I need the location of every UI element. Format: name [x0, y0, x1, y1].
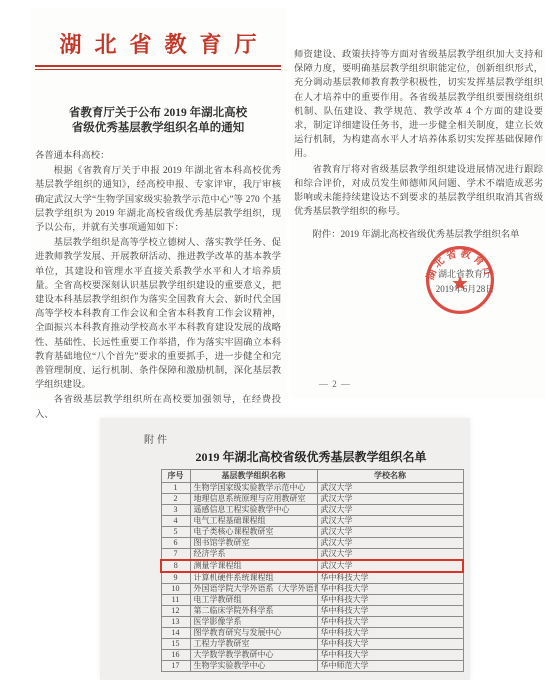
org-name: 医学影像学系: [190, 617, 317, 628]
paragraph: 师资建设、政策扶持等方面对省级基层教学组织加大支持和保障力度，要明确基层教学组织…: [294, 48, 543, 162]
paragraph: 根据《省教育厅关于申报 2019 年湖北省本科高校优秀基层教学组织的通知》，经高…: [35, 164, 281, 235]
attachment-content: 2019 年湖北高校省级优秀基层教学组织名单 序号 基层教学组织名称 学校名称 …: [160, 448, 462, 672]
row-no: 5: [161, 527, 190, 538]
org-table: 序号 基层教学组织名称 学校名称 1生物学国家级实验教学示范中心武汉大学2地理信…: [160, 469, 464, 672]
row-no: 2: [161, 494, 190, 505]
school-name: 武汉大学: [317, 516, 463, 527]
paragraph: 基层教学组织是高等学校立德树人、落实教学任务、促进教师教学发展、开展教研活动、推…: [35, 236, 281, 392]
org-name: 电子类核心课程教研室: [190, 527, 317, 538]
table-row: 3遥感信息工程实验教学中心武汉大学: [161, 505, 463, 516]
header-org-name: 基层教学组织名称: [190, 470, 317, 483]
school-name: 华中科技大学: [317, 584, 463, 595]
attachment-label: 附件: [144, 431, 170, 446]
table-row: 10外国语学院大学外语系（大学外语课部）华中科技大学: [161, 584, 463, 595]
org-name: 计算机硬件系统课程组: [190, 572, 317, 584]
org-name: 遥感信息工程实验教学中心: [190, 505, 317, 516]
attachment-reference: 附件：2019 年湖北高校省级优秀基层教学组织名单: [294, 228, 543, 242]
school-name: 华中科技大学: [317, 606, 463, 617]
row-no: 8: [161, 560, 190, 572]
row-no: 3: [161, 505, 190, 516]
row-no: 17: [161, 661, 190, 672]
paragraph: 省教育厅将对省级基层教学组织建设进展情况进行跟踪和综合评价，对成员发生师德师风问…: [294, 163, 543, 220]
header-school-name: 学校名称: [317, 470, 463, 483]
row-no: 11: [161, 595, 190, 606]
header-no: 序号: [161, 470, 190, 483]
row-no: 7: [161, 549, 190, 561]
school-name: 武汉大学: [317, 527, 463, 538]
table-title: 2019 年湖北高校省级优秀基层教学组织名单: [160, 448, 462, 465]
row-no: 12: [161, 606, 190, 617]
scanned-notice-composite: 湖北省教育厅 省教育厅关于公布 2019 年湖北高校 省级优秀基层教学组织名单的…: [0, 0, 551, 680]
table-row: 5电子类核心课程教研室武汉大学: [161, 527, 463, 538]
masthead-rule: [35, 65, 281, 70]
table-row: 12第二临床学院外科学系华中科技大学: [161, 606, 463, 617]
table-row: 2地理信息系统原理与应用教研室武汉大学: [161, 494, 463, 505]
school-name: 华中科技大学: [317, 617, 463, 628]
agency-masthead: 湖北省教育厅: [35, 28, 281, 59]
row-no: 9: [161, 572, 190, 584]
table-row: 7经济学系武汉大学: [161, 549, 463, 561]
table-row: 11电工学教研组华中科技大学: [161, 595, 463, 606]
org-name: 电气工程基础课程组: [190, 516, 317, 527]
table-row: 8测量学课程组武汉大学: [161, 560, 463, 572]
school-name: 武汉大学: [317, 483, 463, 494]
notice-title-line2: 省级优秀基层教学组织名单的通知: [35, 121, 281, 136]
table-row: 13医学影像学系华中科技大学: [161, 617, 463, 628]
school-name: 武汉大学: [317, 538, 463, 549]
issue-date: 2019年6月28日: [425, 282, 505, 297]
school-name: 华中科技大学: [317, 572, 463, 584]
table-row: 1生物学国家级实验教学示范中心武汉大学: [161, 483, 463, 494]
notice-page-2: 师资建设、政策扶持等方面对省级基层教学组织加大支持和保障力度，要明确基层教学组织…: [291, 48, 546, 398]
table-row: 14图学教育研究与发展中心华中科技大学: [161, 628, 463, 639]
table-row: 15工程力学教研室华中科技大学: [161, 639, 463, 650]
org-name: 工程力学教研室: [190, 639, 317, 650]
issuer-name: 湖北省教育厅: [425, 267, 505, 282]
table-row: 6图书馆学教研室武汉大学: [161, 538, 463, 549]
attachment-page: 附件 2019 年湖北高校省级优秀基层教学组织名单 序号 基层教学组织名称 学校…: [100, 418, 470, 680]
school-name: 武汉大学: [317, 494, 463, 505]
org-name: 测量学课程组: [190, 560, 317, 572]
row-no: 6: [161, 538, 190, 549]
notice-title: 省教育厅关于公布 2019 年湖北高校 省级优秀基层教学组织名单的通知: [35, 106, 281, 136]
school-name: 武汉大学: [317, 505, 463, 516]
page-number: — 2 —: [305, 379, 365, 389]
org-name: 第二临床学院外科学系: [190, 606, 317, 617]
org-name: 电工学教研组: [190, 595, 317, 606]
row-no: 14: [161, 628, 190, 639]
table-row: 9计算机硬件系统课程组华中科技大学: [161, 572, 463, 584]
school-name: 武汉大学: [317, 560, 463, 572]
signature-block: 湖北省教育厅 2019年6月28日: [425, 267, 505, 297]
org-name: 经济学系: [190, 549, 317, 561]
row-no: 1: [161, 483, 190, 494]
school-name: 华中科技大学: [317, 650, 463, 661]
row-no: 10: [161, 584, 190, 595]
row-no: 4: [161, 516, 190, 527]
row-no: 15: [161, 639, 190, 650]
school-name: 华中科技大学: [317, 628, 463, 639]
school-name: 华中科技大学: [317, 639, 463, 650]
org-name: 地理信息系统原理与应用教研室: [190, 494, 317, 505]
org-name: 图书馆学教研室: [190, 538, 317, 549]
school-name: 华中科技大学: [317, 595, 463, 606]
row-no: 13: [161, 617, 190, 628]
org-name: 生物学国家级实验教学示范中心: [190, 483, 317, 494]
org-table-body: 1生物学国家级实验教学示范中心武汉大学2地理信息系统原理与应用教研室武汉大学3遥…: [161, 483, 463, 672]
org-name: 图学教育研究与发展中心: [190, 628, 317, 639]
table-row: 4电气工程基础课程组武汉大学: [161, 516, 463, 527]
row-no: 16: [161, 650, 190, 661]
org-name: 外国语学院大学外语系（大学外语课部）: [190, 584, 317, 595]
org-name: 大学数学教学教研中心: [190, 650, 317, 661]
table-row: 16大学数学教学教研中心华中科技大学: [161, 650, 463, 661]
school-name: 华中师范大学: [317, 661, 463, 672]
notice-title-line1: 省教育厅关于公布 2019 年湖北高校: [35, 106, 281, 121]
table-row: 17生物学实验教学中心华中师范大学: [161, 661, 463, 672]
school-name: 武汉大学: [317, 549, 463, 561]
masthead-rule-thin: [35, 69, 281, 70]
org-name: 生物学实验教学中心: [190, 661, 317, 672]
table-header-row: 序号 基层教学组织名称 学校名称: [161, 470, 463, 483]
notice-page-1: 湖北省教育厅 省教育厅关于公布 2019 年湖北高校 省级优秀基层教学组织名单的…: [30, 8, 286, 400]
salutation: 各普通本科高校：: [35, 149, 281, 163]
